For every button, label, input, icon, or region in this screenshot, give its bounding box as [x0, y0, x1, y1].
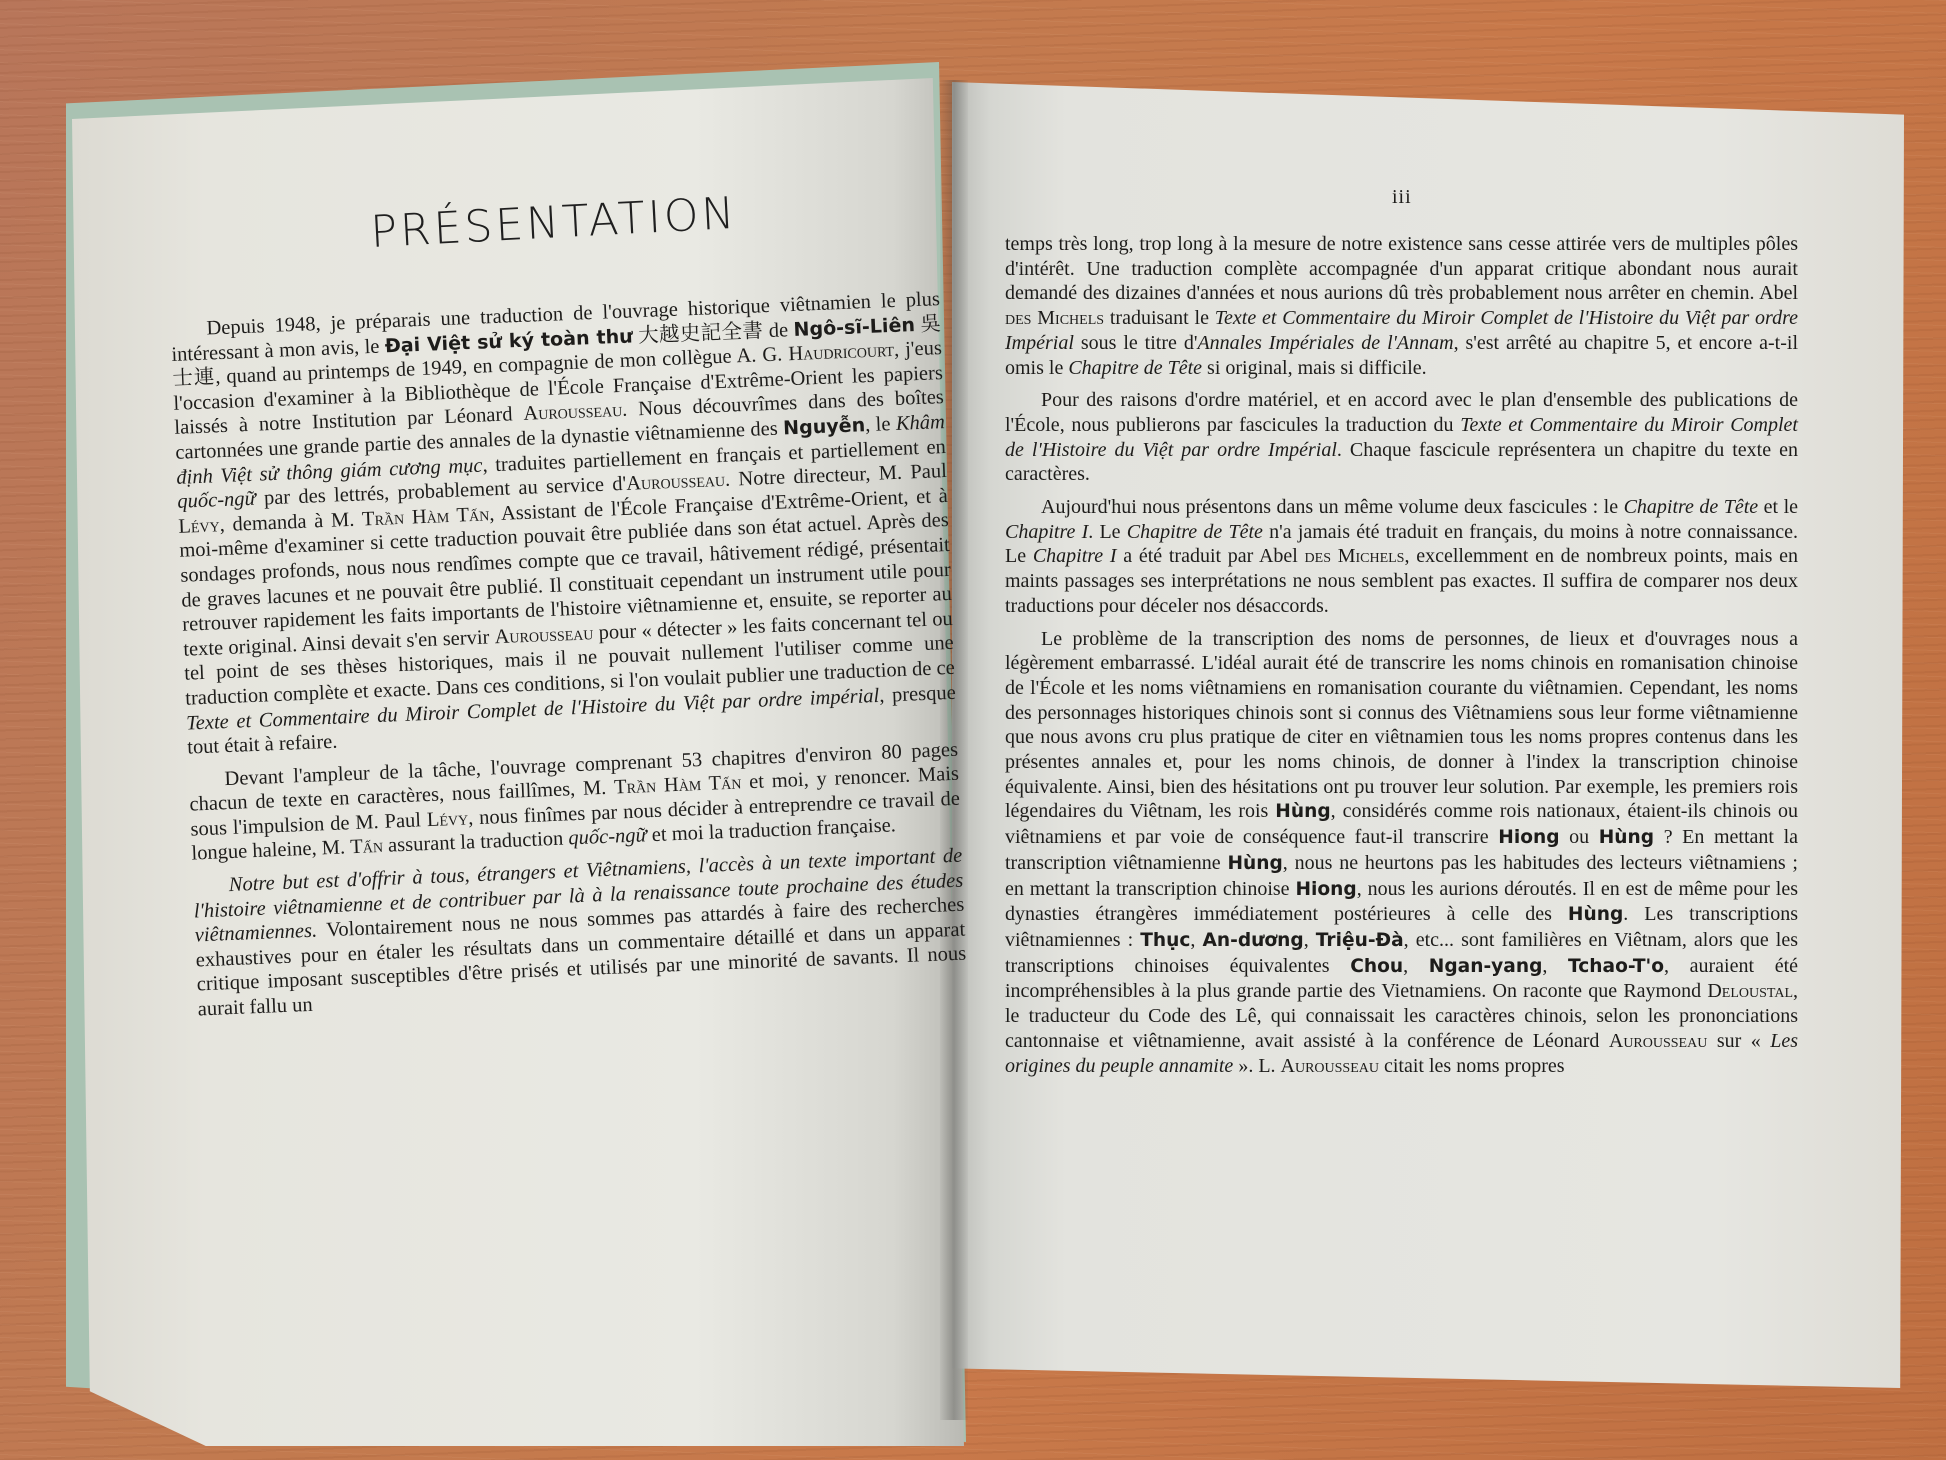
page-number: iii [1392, 186, 1412, 209]
text-run: Aujourd'hui nous présentons dans un même… [1041, 496, 1624, 518]
text-run: et le [1758, 496, 1798, 518]
text-run: Hùng [1599, 827, 1654, 848]
text-run: Lévy [178, 514, 220, 538]
text-run: a été traduit par Abel [1117, 545, 1305, 567]
text-run: , [1403, 955, 1429, 977]
text-run: temps très long, trop long à la mesure d… [1005, 233, 1798, 304]
text-run: , [1190, 929, 1202, 951]
text-run: Aurousseau [1281, 1055, 1379, 1077]
paragraph: Pour des raisons d'ordre matériel, et en… [1005, 388, 1798, 487]
text-run: Haudricourt [788, 339, 895, 365]
text-run: Chapitre de Tête [1127, 521, 1263, 543]
text-run: Chapitre de Tête [1068, 357, 1202, 379]
text-run: Aurousseau [626, 469, 726, 495]
text-run: citait les noms propres [1379, 1055, 1565, 1077]
text-run: , [1542, 955, 1568, 977]
text-run: Hùng [1275, 801, 1330, 822]
text-run: Aurousseau [1609, 1030, 1707, 1052]
text-run: Chapitre de Tête [1624, 496, 1759, 518]
text-run: , [1304, 929, 1316, 951]
text-run: Chapitre I [1005, 521, 1088, 543]
text-run: , demanda à M. [219, 508, 362, 536]
text-run: si original, mais si difficile. [1202, 357, 1427, 379]
text-run: Ngô-sĩ-Liên [793, 314, 915, 341]
text-run: Aurousseau [494, 622, 594, 648]
text-run: Tấn [350, 835, 384, 858]
text-run: des Michels [1005, 307, 1104, 329]
text-run: Trần Hàm Tấn [614, 772, 742, 799]
text-run: Nguyễn [783, 414, 866, 439]
text-run: Hiong [1295, 879, 1356, 900]
text-run: quốc-ngữ [568, 825, 647, 850]
paragraph: Le problème de la transcription des noms… [1005, 627, 1798, 1079]
text-run: An-dương [1203, 930, 1304, 951]
left-page-text: Depuis 1948, je préparais une traduction… [170, 287, 968, 1030]
text-run: Thục [1140, 930, 1190, 951]
text-run: Deloustal [1707, 980, 1793, 1002]
text-run: Ngan-yang [1429, 956, 1543, 977]
right-page-text: temps très long, trop long à la mesure d… [1005, 232, 1798, 1086]
text-run: Chou [1350, 956, 1403, 977]
text-run: assurant la traduction [383, 828, 569, 857]
text-run: , le [865, 413, 897, 436]
paragraph: Notre but est d'offrir à tous, étrangers… [192, 844, 967, 1022]
text-run: sur « [1707, 1030, 1770, 1052]
text-run: Hùng [1227, 853, 1282, 874]
text-run: Hùng [1568, 904, 1623, 925]
text-run: traduisant le [1104, 307, 1215, 329]
paragraph: Depuis 1948, je préparais une traduction… [170, 287, 957, 760]
text-run: Lévy [426, 807, 468, 831]
text-run: Hiong [1498, 827, 1559, 848]
text-run: sous le titre d' [1074, 332, 1198, 354]
text-run: Tchao-T'o [1568, 956, 1664, 977]
text-run: Triệu-Đà [1316, 930, 1404, 951]
text-run: Chapitre I [1033, 545, 1117, 567]
text-run: Annales Impériales de l'Annam [1197, 332, 1453, 354]
text-run: 大越史記全書 de [632, 319, 794, 347]
text-run: Aurousseau [523, 399, 623, 425]
paragraph: Devant l'ampleur de la tâche, l'ouvrage … [188, 737, 961, 866]
text-run: ». L. [1233, 1055, 1280, 1077]
paragraph: temps très long, trop long à la mesure d… [1005, 232, 1798, 380]
text-run: Le problème de la transcription des noms… [1005, 628, 1798, 823]
text-run: ou [1560, 826, 1599, 848]
text-run: Trần Hàm Tấn [362, 503, 490, 530]
text-run: . Le [1088, 521, 1127, 543]
text-run: quốc-ngữ [177, 488, 256, 513]
paragraph: Aujourd'hui nous présentons dans un même… [1005, 495, 1798, 619]
text-run: des Michels [1305, 545, 1405, 567]
